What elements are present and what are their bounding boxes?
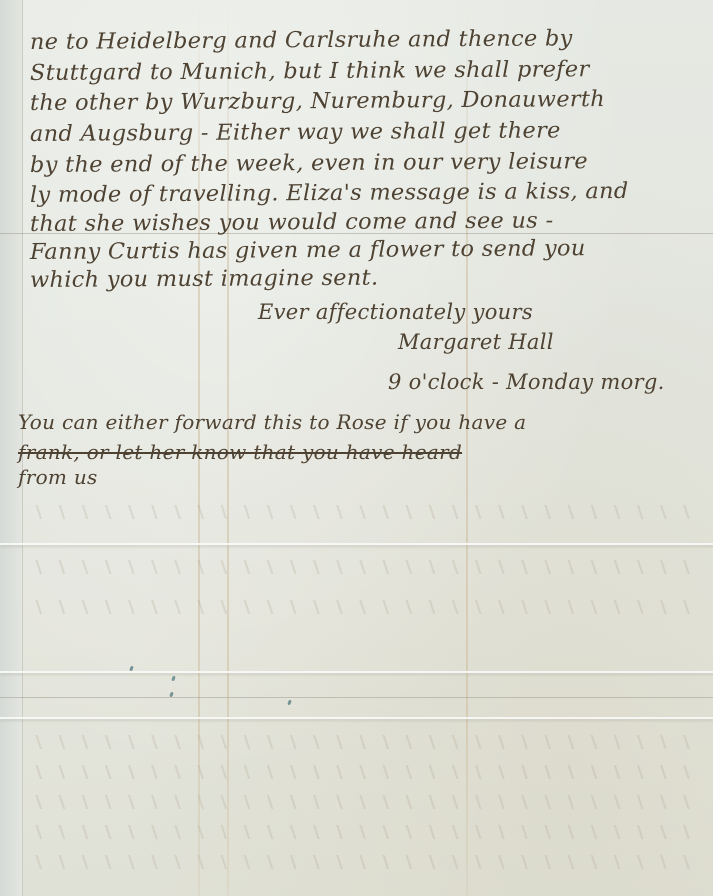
- signature: Margaret Hall: [398, 330, 554, 354]
- bleed-through-text: [30, 560, 700, 574]
- postscript-line: from us: [18, 465, 98, 489]
- bleed-through-text: [30, 825, 700, 839]
- horizontal-fold-line: [0, 671, 713, 673]
- letter-line: and Augsburg - Either way we shall get t…: [30, 118, 561, 147]
- valediction: Ever affectionately yours: [258, 300, 533, 324]
- horizontal-fold-line: [0, 717, 713, 719]
- letter-line: by the end of the week, even in our very…: [30, 149, 588, 178]
- ink-speck: [171, 676, 176, 682]
- bleed-through-text: [30, 600, 700, 614]
- letter-page: ne to Heidelberg and Carlsruhe and thenc…: [0, 0, 713, 896]
- postscript-line: You can either forward this to Rose if y…: [18, 410, 526, 434]
- letter-line: ne to Heidelberg and Carlsruhe and thenc…: [30, 26, 573, 55]
- bleed-through-text: [30, 735, 700, 749]
- letter-line: the other by Wurzburg, Nuremburg, Donauw…: [30, 87, 605, 116]
- letter-line: that she wishes you would come and see u…: [30, 208, 554, 237]
- bleed-through-text: [30, 855, 700, 869]
- letter-line: Fanny Curtis has given me a flower to se…: [30, 236, 586, 265]
- bleed-through-text: [30, 505, 700, 519]
- horizontal-crease: [0, 697, 713, 698]
- ink-speck: [287, 700, 292, 706]
- bleed-through-text: [30, 765, 700, 779]
- letter-line: Stuttgard to Munich, but I think we shal…: [30, 57, 590, 86]
- dateline: 9 o'clock - Monday morg.: [388, 370, 665, 394]
- horizontal-fold-line: [0, 543, 713, 545]
- letter-line: which you must imagine sent.: [30, 266, 379, 293]
- postscript-line-struck: frank, or let her know that you have hea…: [18, 440, 462, 464]
- letter-line: ly mode of travelling. Eliza's message i…: [30, 179, 629, 208]
- bleed-through-text: [30, 795, 700, 809]
